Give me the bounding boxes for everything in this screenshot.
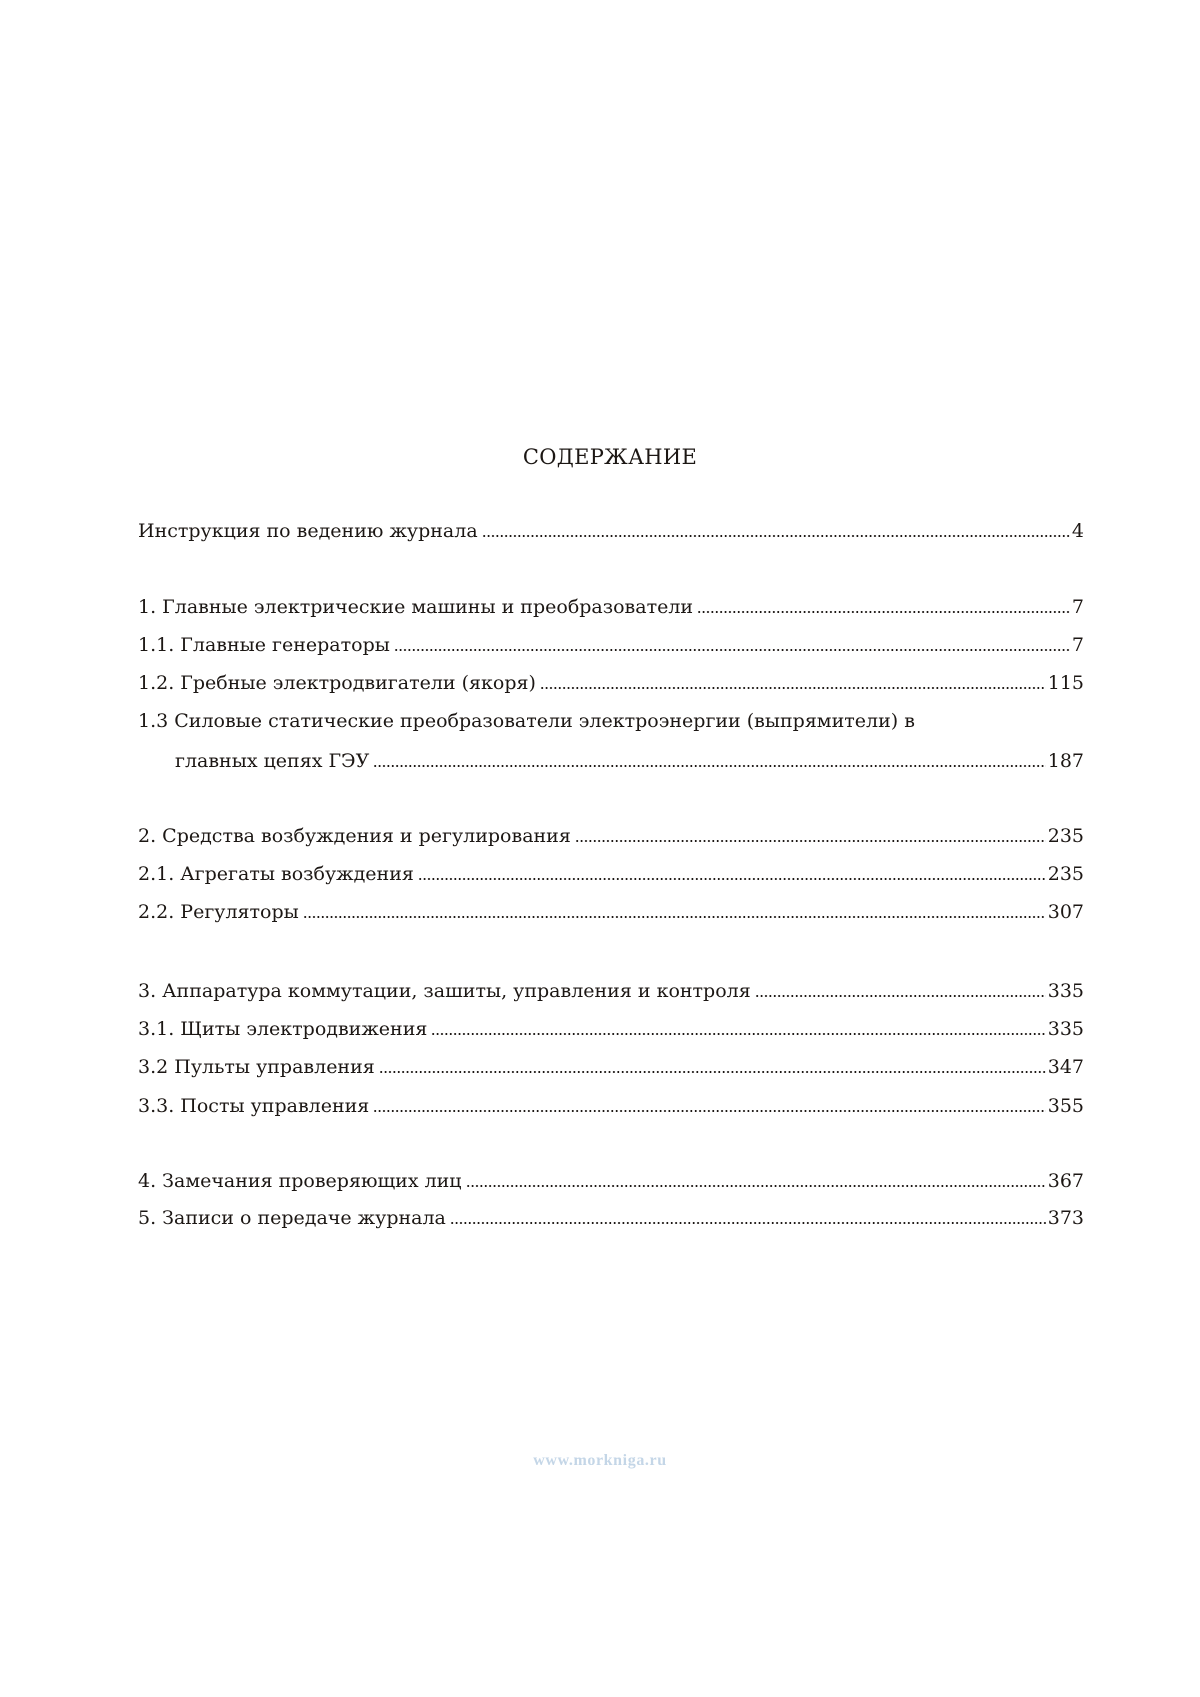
toc-entry-section-2-1[interactable]: 2.1. Агрегаты возбуждения 235: [138, 859, 1084, 889]
toc-entry-section-2-2[interactable]: 2.2. Регуляторы 307: [138, 897, 1084, 927]
dot-leader: [482, 516, 1070, 546]
dot-leader: [450, 1203, 1046, 1233]
toc-entry-label: 3.1. Щиты электродвижения: [138, 1014, 429, 1044]
dot-leader: [466, 1166, 1046, 1196]
toc-entry-page: 235: [1048, 859, 1084, 889]
toc-entry-label: 2.2. Регуляторы: [138, 897, 301, 927]
toc-entry-page: 7: [1072, 630, 1084, 660]
dot-leader: [379, 1052, 1046, 1082]
toc-entry-section-5[interactable]: 5. Записи о передаче журнала 373: [138, 1203, 1084, 1233]
toc-entry-section-1-3[interactable]: главных цепях ГЭУ 187: [175, 746, 1084, 776]
toc-entry-section-3-1[interactable]: 3.1. Щиты электродвижения 335: [138, 1014, 1084, 1044]
toc-entry-instructions[interactable]: Инструкция по ведению журнала 4: [138, 516, 1084, 546]
toc-entry-page: 4: [1072, 516, 1084, 546]
toc-entry-page: 347: [1048, 1052, 1084, 1082]
toc-entry-label: 3.2 Пульты управления: [138, 1052, 377, 1082]
dot-leader: [373, 746, 1045, 776]
toc-entry-page: 373: [1048, 1203, 1084, 1233]
watermark-text: www.morkniga.ru: [0, 1452, 1200, 1470]
dot-leader: [575, 821, 1046, 851]
toc-entry-section-1[interactable]: 1. Главные электрические машины и преобр…: [138, 592, 1084, 622]
dot-leader: [755, 976, 1046, 1006]
dot-leader: [431, 1014, 1045, 1044]
toc-entry-section-3-3[interactable]: 3.3. Посты управления 355: [138, 1091, 1084, 1121]
toc-entry-label: 1.1. Главные генераторы: [138, 630, 392, 660]
toc-entry-section-2[interactable]: 2. Средства возбуждения и регулирования …: [138, 821, 1084, 851]
toc-entry-label: 1. Главные электрические машины и преобр…: [138, 592, 695, 622]
toc-entry-label: 2.1. Агрегаты возбуждения: [138, 859, 416, 889]
toc-entry-section-3-2[interactable]: 3.2 Пульты управления 347: [138, 1052, 1084, 1082]
toc-entry-label: 2. Средства возбуждения и регулирования: [138, 821, 573, 851]
toc-entry-page: 187: [1048, 746, 1084, 776]
toc-entry-page: 7: [1072, 592, 1084, 622]
toc-entry-page: 235: [1048, 821, 1084, 851]
toc-entry-label: 3. Аппаратура коммутации, зашиты, управл…: [138, 976, 753, 1006]
toc-entry-page: 367: [1048, 1166, 1084, 1196]
toc-entry-section-1-3-line1[interactable]: 1.3 Силовые статические преобразователи …: [138, 706, 1084, 736]
toc-entry-label: Инструкция по ведению журнала: [138, 516, 480, 546]
toc-title: СОДЕРЖАНИЕ: [0, 443, 1200, 471]
dot-leader: [418, 859, 1046, 889]
dot-leader: [303, 897, 1046, 927]
toc-entry-page: 335: [1048, 1014, 1084, 1044]
toc-entry-label: главных цепях ГЭУ: [175, 746, 371, 776]
dot-leader: [373, 1091, 1045, 1121]
toc-entry-page: 335: [1048, 976, 1084, 1006]
toc-entry-section-1-1[interactable]: 1.1. Главные генераторы 7: [138, 630, 1084, 660]
toc-entry-page: 355: [1048, 1091, 1084, 1121]
toc-entry-page: 115: [1048, 668, 1084, 698]
toc-entry-label: 1.2. Гребные электродвигатели (якоря): [138, 668, 538, 698]
toc-entry-label: 4. Замечания проверяющих лиц: [138, 1166, 464, 1196]
dot-leader: [394, 630, 1070, 660]
toc-entry-page: 307: [1048, 897, 1084, 927]
toc-entry-label: 3.3. Посты управления: [138, 1091, 371, 1121]
toc-entry-label: 5. Записи о передаче журнала: [138, 1203, 448, 1233]
dot-leader: [697, 592, 1070, 622]
toc-entry-section-1-2[interactable]: 1.2. Гребные электродвигатели (якоря) 11…: [138, 668, 1084, 698]
dot-leader: [540, 668, 1046, 698]
toc-entry-section-4[interactable]: 4. Замечания проверяющих лиц 367: [138, 1166, 1084, 1196]
toc-entry-section-3[interactable]: 3. Аппаратура коммутации, зашиты, управл…: [138, 976, 1084, 1006]
